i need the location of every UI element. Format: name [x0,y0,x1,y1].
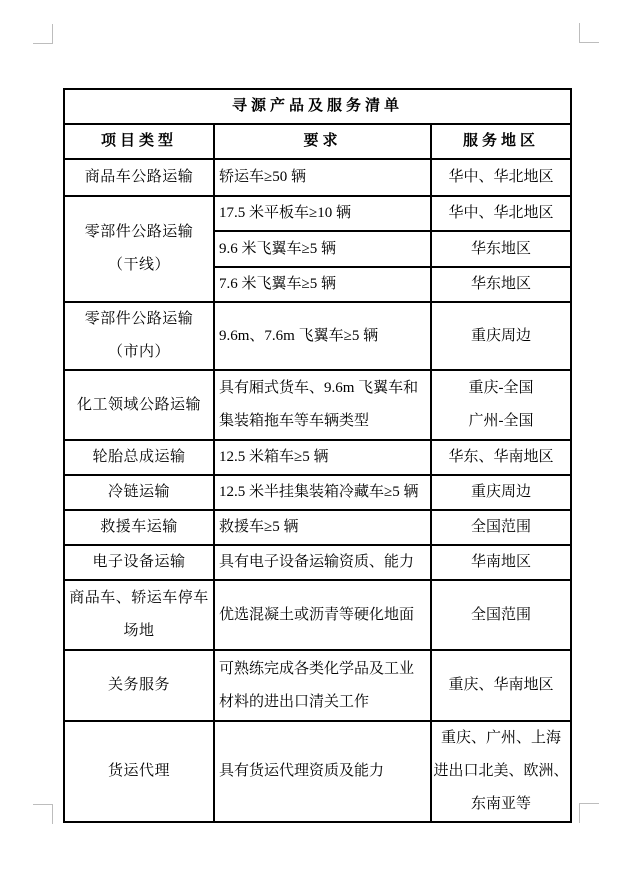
cell-requirement: 具有货运代理资质及能力 [214,721,431,822]
cell-service-region: 重庆-全国 广州-全国 [431,370,571,440]
cell-service-region: 全国范围 [431,580,571,650]
cell-requirement: 17.5 米平板车≥10 辆 [214,196,431,231]
cell-requirement: 轿运车≥50 辆 [214,159,431,196]
table-row: 电子设备运输 具有电子设备运输资质、能力 华南地区 [64,545,571,580]
table-row: 零部件公路运输 （干线） 17.5 米平板车≥10 辆 华中、华北地区 [64,196,571,231]
cell-project-type: 冷链运输 [64,475,214,510]
table-row: 轮胎总成运输 12.5 米箱车≥5 辆 华东、华南地区 [64,440,571,475]
column-header-project-type: 项目类型 [64,124,214,159]
cell-project-type: 商品车公路运输 [64,159,214,196]
cell-project-type: 化工领域公路运输 [64,370,214,440]
table-row: 货运代理 具有货运代理资质及能力 重庆、广州、上海 进出口北美、欧洲、 东南亚等 [64,721,571,822]
cell-service-region: 重庆、华南地区 [431,650,571,721]
margin-corner-mark-bottom-left [33,804,53,824]
cell-project-type: 轮胎总成运输 [64,440,214,475]
cell-requirement: 9.6m、7.6m 飞翼车≥5 辆 [214,302,431,370]
column-header-requirement: 要求 [214,124,431,159]
cell-service-region: 重庆周边 [431,475,571,510]
cell-requirement: 具有电子设备运输资质、能力 [214,545,431,580]
table-row: 救援车运输 救援车≥5 辆 全国范围 [64,510,571,545]
table-row: 化工领域公路运输 具有厢式货车、9.6m 飞翼车和集装箱拖车等车辆类型 重庆-全… [64,370,571,440]
cell-requirement: 具有厢式货车、9.6m 飞翼车和集装箱拖车等车辆类型 [214,370,431,440]
table-title: 寻源产品及服务清单 [64,89,571,124]
table-row: 商品车、轿运车停车 场地 优选混凝土或沥青等硬化地面 全国范围 [64,580,571,650]
cell-service-region: 全国范围 [431,510,571,545]
cell-service-region: 重庆、广州、上海 进出口北美、欧洲、 东南亚等 [431,721,571,822]
cell-requirement: 9.6 米飞翼车≥5 辆 [214,231,431,267]
cell-project-type: 救援车运输 [64,510,214,545]
cell-requirement: 7.6 米飞翼车≥5 辆 [214,267,431,302]
cell-requirement: 救援车≥5 辆 [214,510,431,545]
cell-service-region: 华东地区 [431,267,571,302]
cell-project-type: 零部件公路运输 （干线） [64,196,214,302]
cell-requirement: 12.5 米半挂集装箱冷藏车≥5 辆 [214,475,431,510]
cell-project-type: 关务服务 [64,650,214,721]
cell-service-region: 重庆周边 [431,302,571,370]
table-title-row: 寻源产品及服务清单 [64,89,571,124]
cell-project-type: 货运代理 [64,721,214,822]
cell-project-type: 商品车、轿运车停车 场地 [64,580,214,650]
table-row: 关务服务 可熟练完成各类化学品及工业材料的进出口清关工作 重庆、华南地区 [64,650,571,721]
cell-service-region: 华中、华北地区 [431,196,571,231]
margin-corner-mark-bottom-right [579,803,599,823]
cell-requirement: 12.5 米箱车≥5 辆 [214,440,431,475]
cell-requirement: 优选混凝土或沥青等硬化地面 [214,580,431,650]
cell-project-type: 零部件公路运输 （市内） [64,302,214,370]
cell-service-region: 华中、华北地区 [431,159,571,196]
cell-service-region: 华东地区 [431,231,571,267]
table-header-row: 项目类型 要求 服务地区 [64,124,571,159]
sourcing-products-services-table: 寻源产品及服务清单 项目类型 要求 服务地区 商品车公路运输 轿运车≥50 辆 … [63,88,572,823]
table-row: 商品车公路运输 轿运车≥50 辆 华中、华北地区 [64,159,571,196]
table-row: 零部件公路运输 （市内） 9.6m、7.6m 飞翼车≥5 辆 重庆周边 [64,302,571,370]
margin-corner-mark-top-right [579,23,599,43]
column-header-service-region: 服务地区 [431,124,571,159]
cell-service-region: 华东、华南地区 [431,440,571,475]
table-row: 冷链运输 12.5 米半挂集装箱冷藏车≥5 辆 重庆周边 [64,475,571,510]
cell-service-region: 华南地区 [431,545,571,580]
document-page: 寻源产品及服务清单 项目类型 要求 服务地区 商品车公路运输 轿运车≥50 辆 … [0,0,632,871]
cell-project-type: 电子设备运输 [64,545,214,580]
cell-requirement: 可熟练完成各类化学品及工业材料的进出口清关工作 [214,650,431,721]
margin-corner-mark-top-left [33,24,53,44]
